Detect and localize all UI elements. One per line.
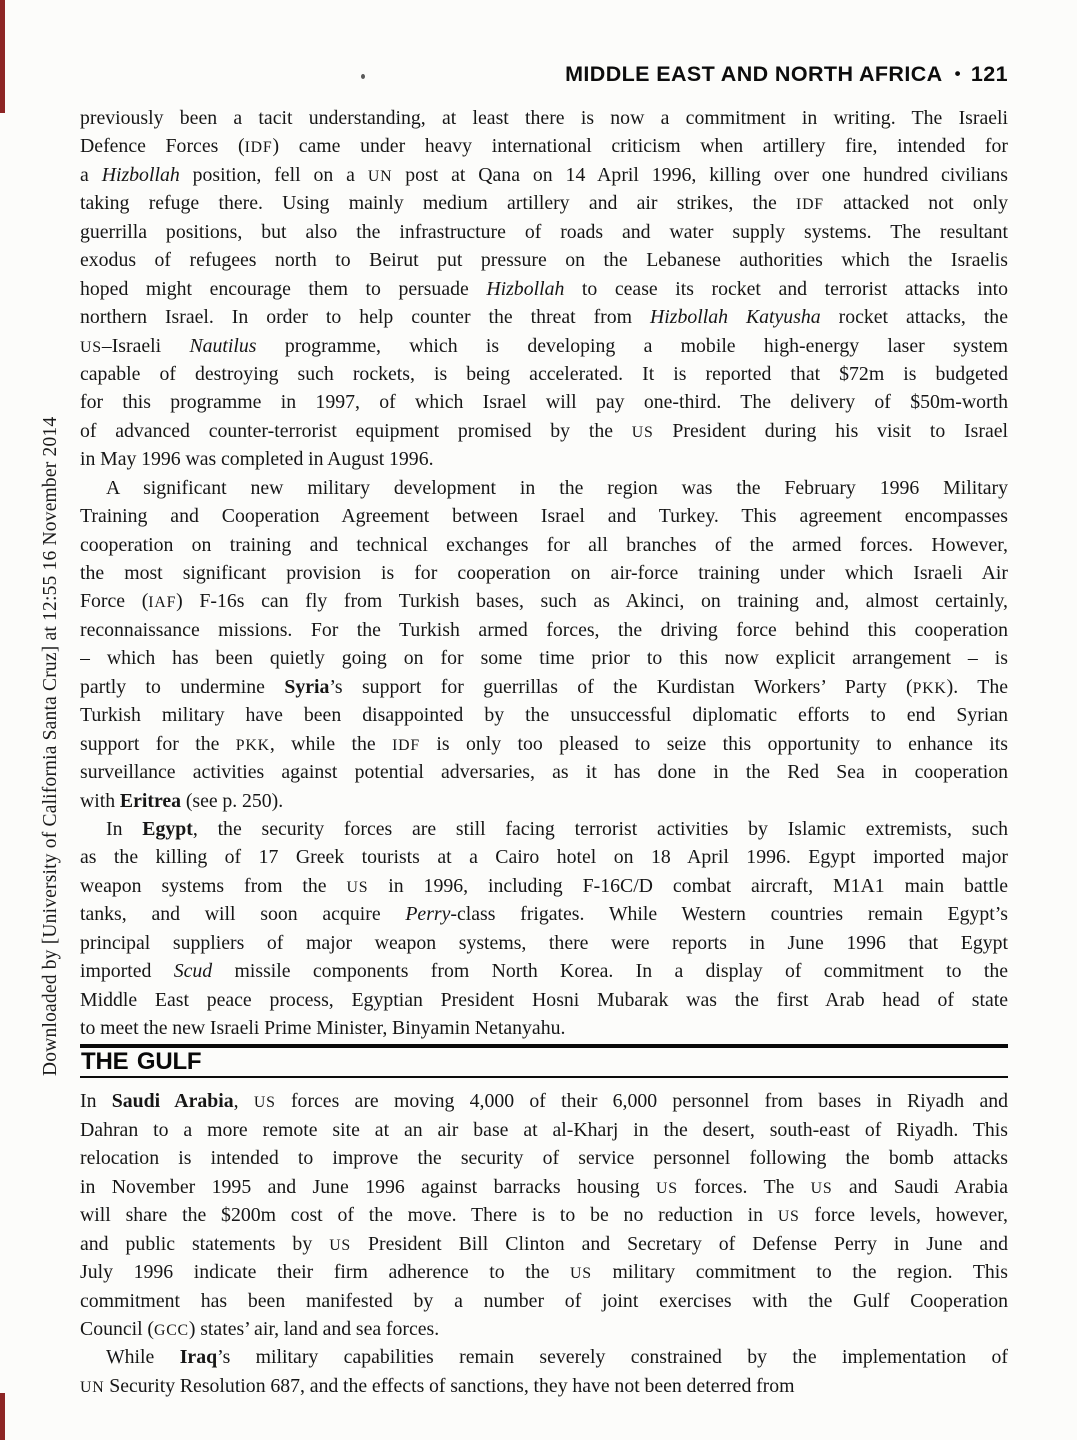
- text-line: taking refuge there. Using mainly medium…: [80, 189, 1008, 217]
- heading-rule-bottom: [80, 1076, 1008, 1078]
- text-line: in November 1995 and June 1996 against b…: [80, 1173, 1008, 1201]
- text-line: principal suppliers of major weapon syst…: [80, 929, 1008, 957]
- text-line: In Saudi Arabia, US forces are moving 4,…: [80, 1087, 1008, 1115]
- text-line: with Eritrea (see p. 250).: [80, 787, 1008, 815]
- page-number: 121: [971, 62, 1008, 86]
- text-line: cooperation on training and technical ex…: [80, 531, 1008, 559]
- body-text: previously been a tacit understanding, a…: [80, 104, 1008, 1400]
- text-line: In Egypt, the security forces are still …: [80, 815, 1008, 843]
- text-line: previously been a tacit understanding, a…: [80, 104, 1008, 132]
- text-line: US–Israeli Nautilus programme, which is …: [80, 332, 1008, 360]
- text-line: imported Scud missile components from No…: [80, 957, 1008, 985]
- text-line: surveillance activities against potentia…: [80, 758, 1008, 786]
- text-line: in May 1996 was completed in August 1996…: [80, 445, 1008, 473]
- text-line: UN Security Resolution 687, and the effe…: [80, 1372, 1008, 1400]
- text-line: Turkish military have been disappointed …: [80, 701, 1008, 729]
- text-line: July 1996 indicate their firm adherence …: [80, 1258, 1008, 1286]
- text-line: A significant new military development i…: [80, 474, 1008, 502]
- text-line: While Iraq’s military capabilities remai…: [80, 1343, 1008, 1371]
- text-line: commitment has been manifested by a numb…: [80, 1287, 1008, 1315]
- text-line: Defence Forces (IDF) came under heavy in…: [80, 132, 1008, 160]
- text-line: of advanced counter-terrorist equipment …: [80, 417, 1008, 445]
- text-line: partly to undermine Syria’s support for …: [80, 673, 1008, 701]
- text-line: capable of destroying such rockets, is b…: [80, 360, 1008, 388]
- text-line: tanks, and will soon acquire Perry-class…: [80, 900, 1008, 928]
- scan-artifact-bottom: [0, 1393, 5, 1440]
- paragraphs-after-heading: In Saudi Arabia, US forces are moving 4,…: [80, 1087, 1008, 1400]
- text-line: Training and Cooperation Agreement betwe…: [80, 502, 1008, 530]
- text-line: hoped might encourage them to persuade H…: [80, 275, 1008, 303]
- section-heading-block: THE GULF: [80, 1044, 1008, 1078]
- text-line: the most significant provision is for co…: [80, 559, 1008, 587]
- text-line: – which has been quietly going on for so…: [80, 644, 1008, 672]
- running-header-title: MIDDLE EAST AND NORTH AFRICA: [565, 62, 942, 86]
- text-line: for this programme in 1997, of which Isr…: [80, 388, 1008, 416]
- text-line: support for the PKK, while the IDF is on…: [80, 730, 1008, 758]
- text-line: Middle East peace process, Egyptian Pres…: [80, 986, 1008, 1014]
- text-line: Force (IAF) F-16s can fly from Turkish b…: [80, 587, 1008, 615]
- text-line: weapon systems from the US in 1996, incl…: [80, 872, 1008, 900]
- text-line: Dahran to a more remote site at an air b…: [80, 1116, 1008, 1144]
- paragraphs-before-heading: previously been a tacit understanding, a…: [80, 104, 1008, 1042]
- text-line: as the killing of 17 Greek tourists at a…: [80, 843, 1008, 871]
- download-watermark: Downloaded by [University of California …: [40, 376, 62, 1076]
- scan-artifact-top: [0, 0, 5, 113]
- text-line: northern Israel. In order to help counte…: [80, 303, 1008, 331]
- text-line: reconnaissance missions. For the Turkish…: [80, 616, 1008, 644]
- text-line: relocation is intended to improve the se…: [80, 1144, 1008, 1172]
- text-line: exodus of refugees north to Beirut put p…: [80, 246, 1008, 274]
- header-bullet-icon: •: [943, 64, 971, 83]
- section-heading-the-gulf: THE GULF: [80, 1048, 1008, 1076]
- text-line: will share the $200m cost of the move. T…: [80, 1201, 1008, 1229]
- scanned-page: MIDDLE EAST AND NORTH AFRICA•121 Downloa…: [0, 0, 1077, 1440]
- text-line: a Hizbollah position, fell on a UN post …: [80, 161, 1008, 189]
- text-line: Council (GCC) states’ air, land and sea …: [80, 1315, 1008, 1343]
- text-line: to meet the new Israeli Prime Minister, …: [80, 1014, 1008, 1042]
- running-header: MIDDLE EAST AND NORTH AFRICA•121: [80, 62, 1008, 87]
- text-line: guerrilla positions, but also the infras…: [80, 218, 1008, 246]
- text-line: and public statements by US President Bi…: [80, 1230, 1008, 1258]
